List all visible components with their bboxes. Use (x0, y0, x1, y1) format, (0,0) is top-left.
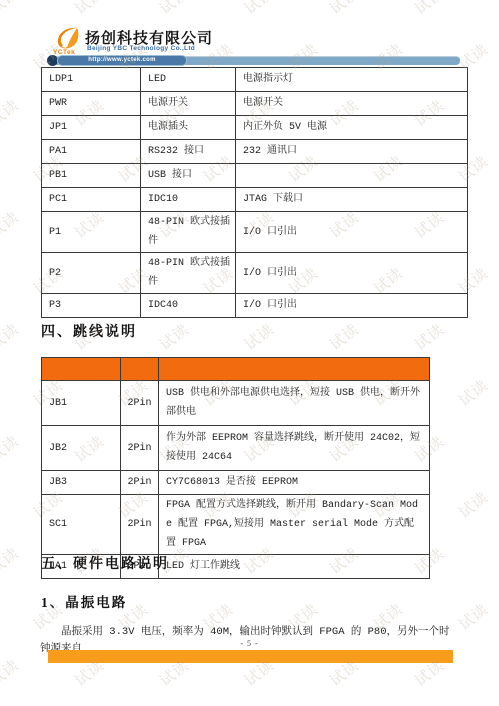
section-heading-hardware: 五、硬件电路说明 (41, 553, 169, 573)
table-header-row (42, 358, 430, 381)
table-cell: 48-PIN 欧式接插件 (141, 253, 236, 294)
watermark-text: 试读 (410, 318, 448, 354)
watermark-text: 试读 (0, 0, 23, 19)
table-cell: USB 接口 (141, 164, 236, 188)
table-cell: JB1 (42, 381, 121, 426)
watermark-text: 试读 (155, 318, 193, 354)
table-cell: 电源插头 (141, 116, 236, 140)
watermark-text: 试读 (0, 542, 23, 578)
table-row: PWR 电源开关 电源开关 (42, 92, 468, 116)
company-name-en: Beijing YBC Technology Co.,Ltd (87, 45, 195, 52)
connector-table: LDP1 LED 电源指示灯 PWR 电源开关 电源开关 JP1 电源插头 内正… (41, 67, 468, 318)
watermark-text: 试读 (410, 0, 448, 19)
watermark-text: 试读 (0, 654, 23, 690)
table-cell: PB1 (42, 164, 141, 188)
watermark-text: 试读 (240, 318, 278, 354)
table-row: SC1 2Pin FPGA 配置方式选择跳线，断开用 Bandary-Scan … (42, 495, 430, 555)
subsection-heading-oscillator: 1、晶振电路 (41, 591, 127, 611)
watermark-text: 试读 (0, 430, 23, 466)
table-cell: 48-PIN 欧式接插件 (141, 212, 236, 253)
table-cell: SC1 (42, 495, 121, 555)
table-row: P1 48-PIN 欧式接插件 I/O 口引出 (42, 212, 468, 253)
table-row: PB1 USB 接口 (42, 164, 468, 188)
table-cell: 电源指示灯 (236, 68, 468, 92)
jumper-table: JB1 2Pin USB 供电和外部电源供电选择，短接 USB 供电，断开外部供… (41, 357, 430, 579)
table-cell: LED (141, 68, 236, 92)
watermark-text: 试读 (325, 0, 363, 19)
table-header-cell (121, 358, 159, 381)
watermark-text: 试读 (0, 206, 23, 242)
watermark-text: 试读 (454, 598, 492, 634)
table-row: PA1 RS232 接口 232 通讯口 (42, 140, 468, 164)
company-url-link[interactable]: http://www.yctek.com (57, 55, 187, 66)
table-row: JB3 2Pin CY7C68013 是否接 EEPROM (42, 471, 430, 495)
watermark-text: 试读 (454, 486, 492, 522)
table-row: LDP1 LED 电源指示灯 (42, 68, 468, 92)
page-number: - 5 - (0, 639, 499, 648)
table-cell: 2Pin (121, 426, 159, 471)
table-cell: USB 供电和外部电源供电选择，短接 USB 供电，断开外部供电 (159, 381, 430, 426)
table-cell: 2Pin (121, 381, 159, 426)
table-cell: FPGA 配置方式选择跳线，断开用 Bandary-Scan Mode 配置 F… (159, 495, 430, 555)
table-cell: JTAG 下载口 (236, 188, 468, 212)
document-page: YCTek 扬创科技有限公司 Beijing YBC Technology Co… (0, 0, 499, 706)
table-row: JB1 2Pin USB 供电和外部电源供电选择，短接 USB 供电，断开外部供… (42, 381, 430, 426)
table-cell: JB2 (42, 426, 121, 471)
table-cell: 内正外负 5V 电源 (236, 116, 468, 140)
table-header-cell (159, 358, 430, 381)
table-row: PC1 IDC10 JTAG 下载口 (42, 188, 468, 212)
watermark-text: 试读 (0, 94, 23, 130)
table-cell: LED 灯工作跳线 (159, 555, 430, 579)
table-cell: IDC10 (141, 188, 236, 212)
table-cell: P3 (42, 294, 141, 318)
table-cell: P2 (42, 253, 141, 294)
table-cell: PWR (42, 92, 141, 116)
table-cell: I/O 口引出 (236, 253, 468, 294)
table-cell: 2Pin (121, 471, 159, 495)
watermark-text: 试读 (0, 318, 23, 354)
company-logo-icon (55, 25, 82, 50)
table-cell: I/O 口引出 (236, 294, 468, 318)
watermark-text: 试读 (155, 0, 193, 19)
table-cell: 作为外部 EEPROM 容量选择跳线，断开使用 24C02，短接使用 24C64 (159, 426, 430, 471)
table-cell: 电源开关 (236, 92, 468, 116)
table-row: JP1 电源插头 内正外负 5V 电源 (42, 116, 468, 140)
table-row: JB2 2Pin 作为外部 EEPROM 容量选择跳线，断开使用 24C02，短… (42, 426, 430, 471)
table-header-cell (42, 358, 121, 381)
table-cell (236, 164, 468, 188)
table-cell: P1 (42, 212, 141, 253)
table-cell: 电源开关 (141, 92, 236, 116)
table-cell: PA1 (42, 140, 141, 164)
watermark-text: 试读 (454, 374, 492, 410)
table-cell: JP1 (42, 116, 141, 140)
watermark-text: 试读 (325, 318, 363, 354)
table-cell: CY7C68013 是否接 EEPROM (159, 471, 430, 495)
table-cell: IDC40 (141, 294, 236, 318)
footer-rule-bar (48, 650, 453, 663)
table-cell: 2Pin (121, 495, 159, 555)
table-cell: JB3 (42, 471, 121, 495)
table-row: P3 IDC40 I/O 口引出 (42, 294, 468, 318)
table-cell: RS232 接口 (141, 140, 236, 164)
table-cell: LDP1 (42, 68, 141, 92)
section-heading-jumper: 四、跳线说明 (41, 321, 137, 341)
table-cell: I/O 口引出 (236, 212, 468, 253)
watermark-text: 试读 (70, 0, 108, 19)
table-row: P2 48-PIN 欧式接插件 I/O 口引出 (42, 253, 468, 294)
watermark-text: 试读 (240, 0, 278, 19)
table-cell: PC1 (42, 188, 141, 212)
table-cell: 232 通讯口 (236, 140, 468, 164)
